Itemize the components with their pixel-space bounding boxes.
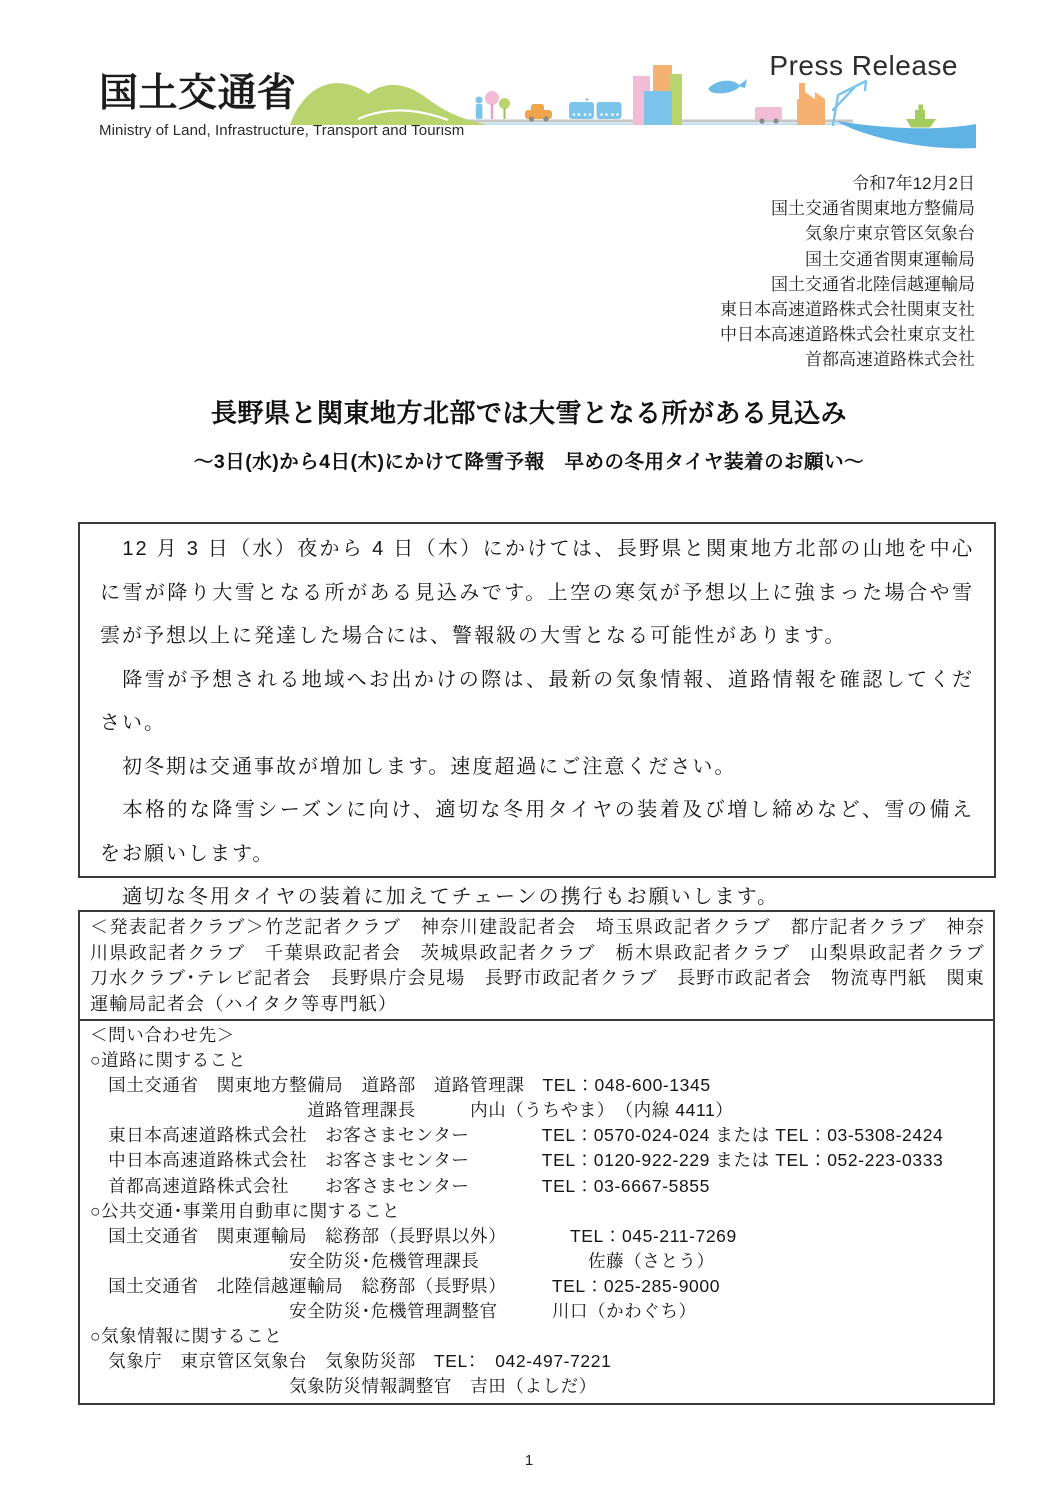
train-window [578, 113, 581, 116]
train-window [589, 113, 592, 116]
organization-line: 国土交通省関東運輸局 [720, 247, 975, 272]
header-cityscape-illustration [288, 55, 978, 150]
contact-line: ○道路に関すること [90, 1048, 985, 1073]
contact-line: 首都高速道路株式会社 お客さまセンター TEL：03-6667-5855 [90, 1174, 985, 1199]
contact-line: 気象庁 東京管区気象台 気象防災部 TEL： 042-497-7221 [90, 1349, 985, 1374]
train-pole [586, 98, 589, 101]
contact-line: ＜問い合わせ先＞ [90, 1023, 985, 1048]
page-subtitle: ～3日(水)から4日(木)にかけて降雪予報 早めの冬用タイヤ装着のお願い～ [0, 446, 1058, 474]
ship-icon [906, 119, 936, 128]
car-wheel [529, 116, 534, 121]
ship-cabin [915, 110, 925, 119]
car-wheel [543, 116, 548, 121]
truck-icon [755, 107, 782, 120]
body-paragraph: 降雪が予想される地域へお出かけの際は、最新の気象情報、道路情報を確認してください… [100, 659, 974, 746]
truck-wheel [773, 118, 778, 123]
press-club-section: ＜発表記者クラブ＞竹芝記者クラブ 神奈川建設記者会 埼玉県政記者クラブ 都庁記者… [80, 912, 993, 1021]
truck-wheel [759, 118, 764, 123]
train-window [611, 113, 614, 116]
contact-line: 安全防災･危機管理課長 佐藤（さとう） [90, 1249, 985, 1274]
contact-line: 国土交通省 関東運輸局 総務部（長野県以外） TEL：045-211-7269 [90, 1224, 985, 1249]
contact-line: 東日本高速道路株式会社 お客さまセンター TEL：0570-024-024 また… [90, 1123, 985, 1148]
whale-icon [708, 81, 740, 94]
contact-line: 国土交通省 北陸信越運輸局 総務部（長野県） TEL：025-285-9000 [90, 1274, 985, 1299]
body-paragraph: 本格的な降雪シーズンに向け、適切な冬用タイヤの装着及び増し締めなど、雪の備えをお… [100, 789, 974, 876]
train-icon [569, 102, 594, 119]
building-icon [644, 91, 672, 125]
tree-trunk [504, 108, 506, 119]
contact-section: ＜問い合わせ先＞○道路に関すること 国土交通省 関東地方整備局 道路部 道路管理… [80, 1021, 993, 1403]
body-paragraph: 初冬期は交通事故が増加します。速度超過にご注意ください。 [100, 746, 974, 790]
organization-line: 中日本高速道路株式会社東京支社 [720, 322, 975, 347]
contact-line: 気象防災情報調整官 吉田（よしだ） [90, 1374, 985, 1399]
tree-icon [485, 91, 499, 105]
organization-line: 東日本高速道路株式会社関東支社 [720, 297, 975, 322]
page-title: 長野県と関東地方北部では大雪となる所がある見込み [0, 393, 1058, 430]
hill-icon [346, 85, 484, 125]
contact-line: ○公共交通･事業用自動車に関すること [90, 1199, 985, 1224]
factory-chimney [799, 83, 805, 99]
train-window [616, 113, 619, 116]
info-box: ＜発表記者クラブ＞竹芝記者クラブ 神奈川建設記者会 埼玉県政記者クラブ 都庁記者… [78, 910, 995, 1405]
contact-line: 中日本高速道路株式会社 お客さまセンター TEL：0120-922-229 また… [90, 1148, 985, 1173]
page-number: 1 [0, 1452, 1058, 1469]
train-window [573, 113, 576, 116]
contact-line: ○気象情報に関すること [90, 1324, 985, 1349]
organization-line: 国土交通省北陸信越運輸局 [720, 272, 975, 297]
tree-icon [499, 98, 510, 109]
person-icon [476, 104, 483, 119]
organization-line: 首都高速道路株式会社 [720, 347, 975, 372]
train-window [605, 113, 608, 116]
date-org-block: 令和7年12月2日 国土交通省関東地方整備局気象庁東京管区気象台国土交通省関東運… [720, 171, 975, 373]
release-date: 令和7年12月2日 [720, 171, 975, 196]
crane-icon [833, 81, 866, 125]
organization-line: 気象庁東京管区気象台 [720, 221, 975, 246]
contact-line: 道路管理課長 内山（うちやま） （内線 4411） [90, 1098, 985, 1123]
press-release-page: 国土交通省 Ministry of Land, Infrastructure, … [0, 0, 1058, 1497]
organization-list: 国土交通省関東地方整備局気象庁東京管区気象台国土交通省関東運輸局国土交通省北陸信… [720, 196, 975, 372]
contact-line: 安全防災･危機管理調整官 川口（かわぐち） [90, 1299, 985, 1324]
ship-funnel [919, 105, 924, 111]
main-text-box: 12 月 3 日（水）夜から 4 日（木）にかけては、長野県と関東地方北部の山地… [78, 522, 996, 878]
water-icon [836, 121, 976, 148]
train-window [600, 113, 603, 116]
train-window [584, 113, 587, 116]
person-icon [476, 97, 483, 104]
body-paragraph: 12 月 3 日（水）夜から 4 日（木）にかけては、長野県と関東地方北部の山地… [100, 528, 974, 659]
train-icon [597, 102, 622, 119]
organization-line: 国土交通省関東地方整備局 [720, 196, 975, 221]
contact-line: 国土交通省 関東地方整備局 道路部 道路管理課 TEL：048-600-1345 [90, 1073, 985, 1098]
tree-trunk [491, 104, 493, 119]
